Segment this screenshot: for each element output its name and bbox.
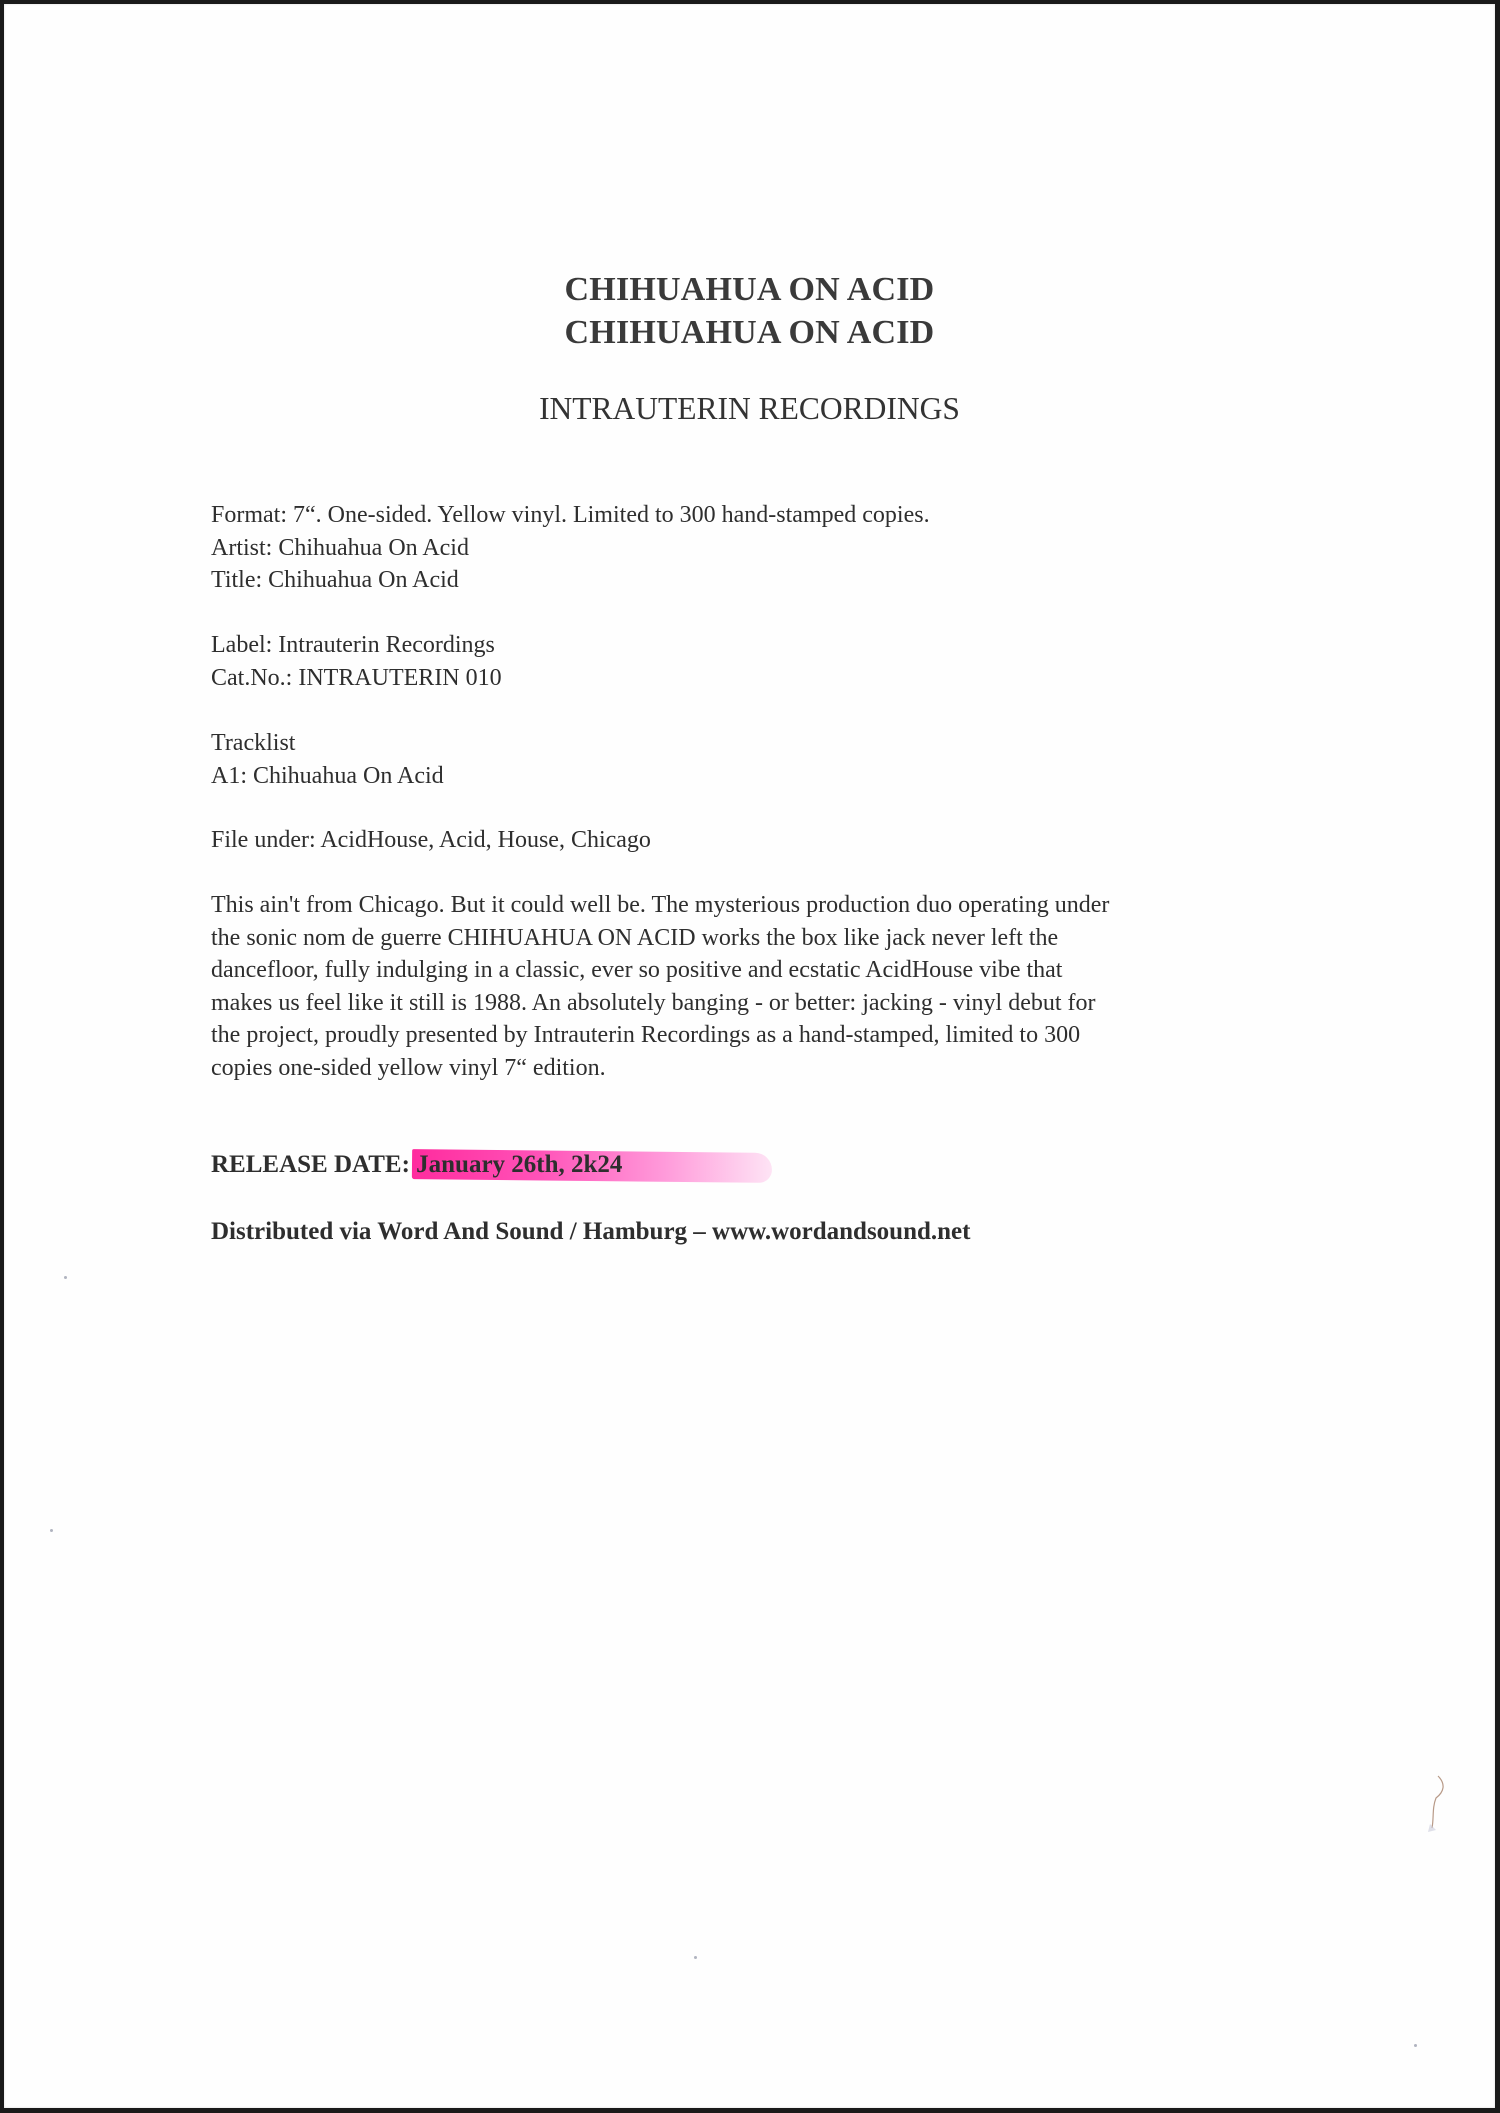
tracklist: Tracklist A1: Chihuahua On Acid bbox=[211, 727, 1311, 792]
track-item: A1: Chihuahua On Acid bbox=[211, 760, 1311, 793]
description-line: the sonic nom de guerre CHIHUAHUA ON ACI… bbox=[211, 922, 1311, 955]
release-date-label: RELEASE DATE: bbox=[211, 1151, 410, 1178]
speck-mark bbox=[1414, 2044, 1417, 2047]
release-meta: Format: 7“. One-sided. Yellow vinyl. Lim… bbox=[211, 499, 1311, 597]
description-line: makes us feel like it still is 1988. An … bbox=[211, 987, 1311, 1020]
format-line: Format: 7“. One-sided. Yellow vinyl. Lim… bbox=[211, 499, 1311, 532]
label-line: Label: Intrauterin Recordings bbox=[211, 629, 1311, 662]
description-line: the project, proudly presented by Intrau… bbox=[211, 1019, 1311, 1052]
description-line: dancefloor, fully indulging in a classic… bbox=[211, 954, 1311, 987]
release-title-line-2: CHIHUAHUA ON ACID bbox=[4, 311, 1495, 354]
speck-mark bbox=[694, 1956, 697, 1959]
tracklist-heading: Tracklist bbox=[211, 727, 1311, 760]
label-info: Label: Intrauterin Recordings Cat.No.: I… bbox=[211, 629, 1311, 694]
file-under: File under: AcidHouse, Acid, House, Chic… bbox=[211, 824, 1311, 857]
release-date: RELEASE DATE: January 26th, 2k24 bbox=[211, 1149, 622, 1181]
distribution-line: Distributed via Word And Sound / Hamburg… bbox=[211, 1216, 970, 1248]
catalog-number-line: Cat.No.: INTRAUTERIN 010 bbox=[211, 662, 1311, 695]
release-date-value: January 26th, 2k24 bbox=[416, 1151, 622, 1178]
label-heading: INTRAUTERIN RECORDINGS bbox=[4, 389, 1495, 429]
document-page: CHIHUAHUA ON ACID CHIHUAHUA ON ACID INTR… bbox=[4, 4, 1495, 2108]
title-line: Title: Chihuahua On Acid bbox=[211, 564, 1311, 597]
description-line: This ain't from Chicago. But it could we… bbox=[211, 889, 1311, 922]
release-title-line-1: CHIHUAHUA ON ACID bbox=[4, 268, 1495, 311]
speck-mark bbox=[64, 1276, 67, 1279]
description-line: copies one-sided yellow vinyl 7“ edition… bbox=[211, 1052, 1311, 1085]
file-under-line: File under: AcidHouse, Acid, House, Chic… bbox=[211, 824, 1311, 857]
release-date-highlighted: January 26th, 2k24 bbox=[416, 1149, 622, 1181]
artist-line: Artist: Chihuahua On Acid bbox=[211, 532, 1311, 565]
hair-strand-mark bbox=[1424, 1774, 1454, 1834]
speck-mark bbox=[50, 1529, 53, 1532]
description: This ain't from Chicago. But it could we… bbox=[211, 889, 1311, 1084]
